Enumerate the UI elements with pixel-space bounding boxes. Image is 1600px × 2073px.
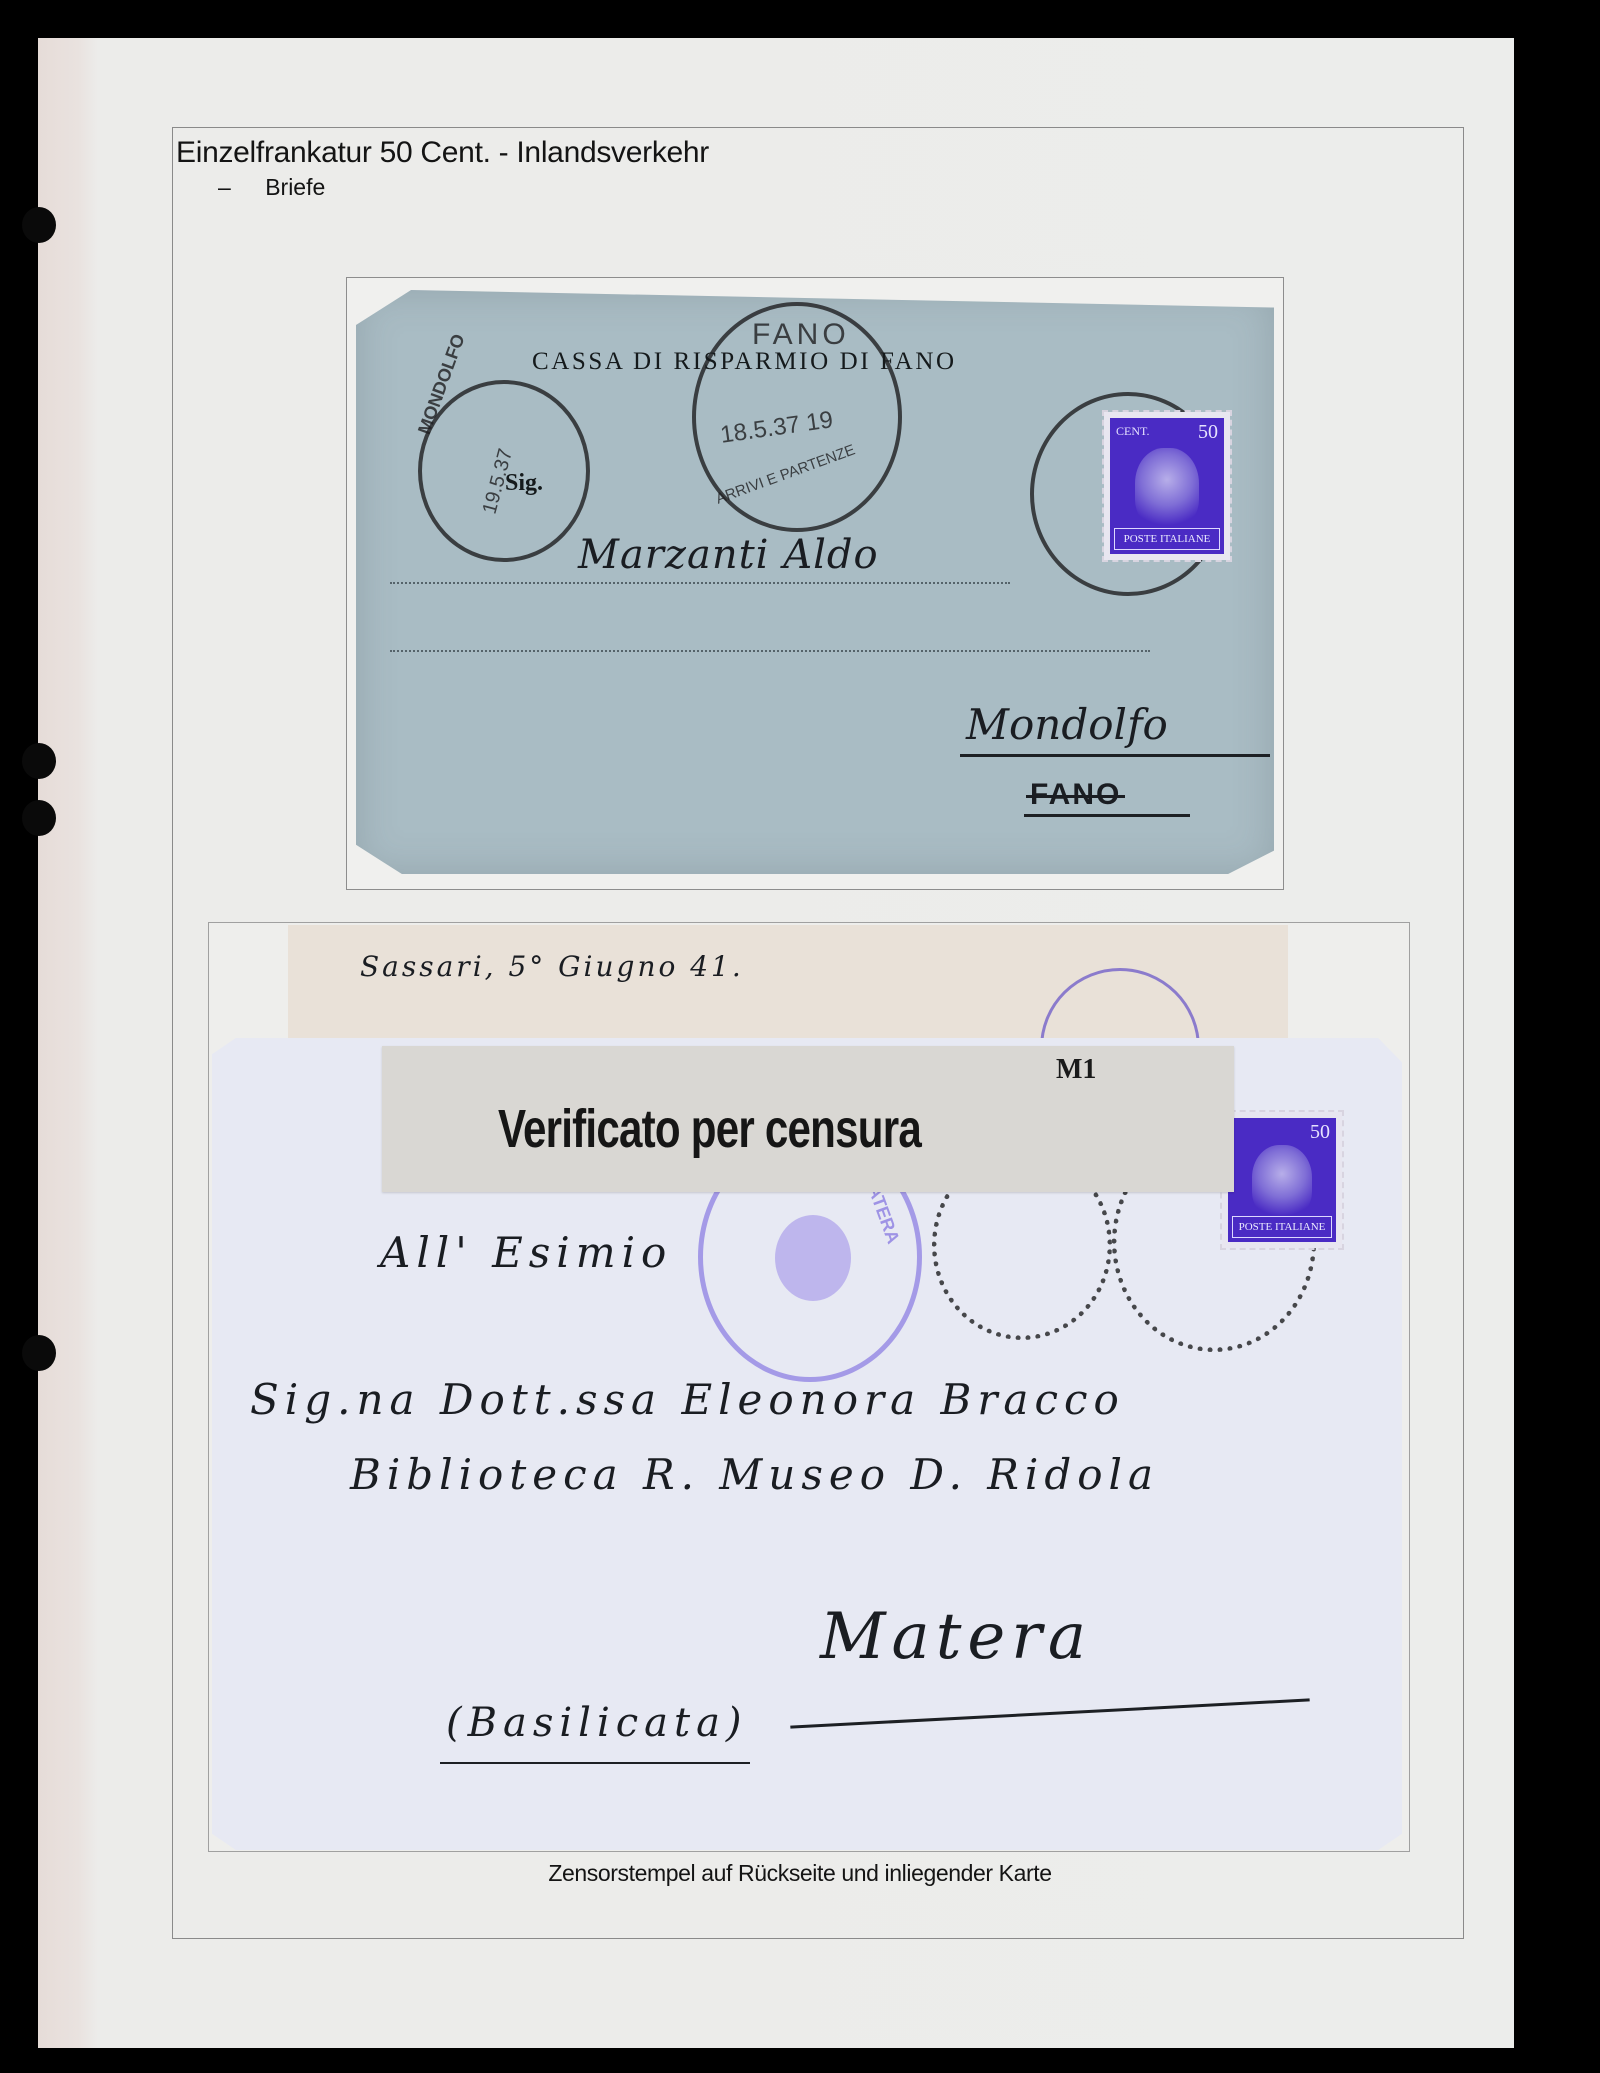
subtitle-dash: –	[218, 174, 231, 200]
destination-underline	[960, 754, 1270, 757]
address-line-3: Biblioteca R. Museo D. Ridola	[350, 1450, 1159, 1499]
page-caption: Zensorstempel auf Rückseite und inliegen…	[0, 1860, 1600, 1887]
address-line-2: Sig.na Dott.ssa Eleonora Bracco	[250, 1375, 1125, 1424]
postage-stamp-50c: CENT. 50 POSTE ITALIANE	[1104, 412, 1230, 560]
stamp-unit: CENT.	[1116, 424, 1149, 439]
enclosed-card-handwriting: Sassari, 5° Giugno 41.	[360, 950, 744, 983]
postage-stamp-50c-cover: 50 POSTE ITALIANE	[1222, 1112, 1342, 1248]
stamp-denomination: 50	[1198, 421, 1218, 444]
printed-city-underline	[1024, 814, 1190, 817]
censor-emblem-icon	[775, 1215, 851, 1301]
struck-printed-city: FANO	[1030, 778, 1121, 812]
subtitle-text: Briefe	[265, 174, 325, 200]
page-subtitle: – Briefe	[218, 174, 325, 201]
king-portrait-icon	[1135, 448, 1199, 527]
page-title: Einzelfrankatur 50 Cent. - Inlandsverkeh…	[176, 136, 709, 170]
punch-hole	[22, 1335, 56, 1371]
censor-label-mark: M1	[1056, 1054, 1096, 1086]
printed-heading: CASSA DI RISPARMIO DI FANO	[532, 348, 957, 376]
printed-salutation: Sig.	[505, 470, 543, 497]
punch-hole	[22, 207, 56, 243]
punch-hole	[22, 743, 56, 779]
postmark-fano-place: FANO	[752, 318, 850, 352]
stamp-inscription: POSTE ITALIANE	[1114, 528, 1220, 550]
censor-label: M1 Verificato per censura	[382, 1046, 1234, 1192]
stamp-denomination: 50	[1310, 1121, 1330, 1144]
address-line	[390, 582, 1010, 584]
stamp-inscription: POSTE ITALIANE	[1232, 1216, 1332, 1238]
punch-hole	[22, 800, 56, 836]
king-portrait-icon	[1252, 1145, 1312, 1217]
censor-label-text: Verificato per censura	[498, 1098, 921, 1160]
address-region: (Basilicata)	[446, 1700, 748, 1746]
address-line-1: All' Esimio	[380, 1228, 672, 1277]
address-city: Matera	[820, 1600, 1092, 1674]
address-line	[390, 650, 1150, 652]
handwritten-destination: Mondolfo	[966, 700, 1168, 749]
handwritten-addressee: Marzanti Aldo	[578, 532, 879, 578]
address-flourish	[440, 1762, 750, 1764]
